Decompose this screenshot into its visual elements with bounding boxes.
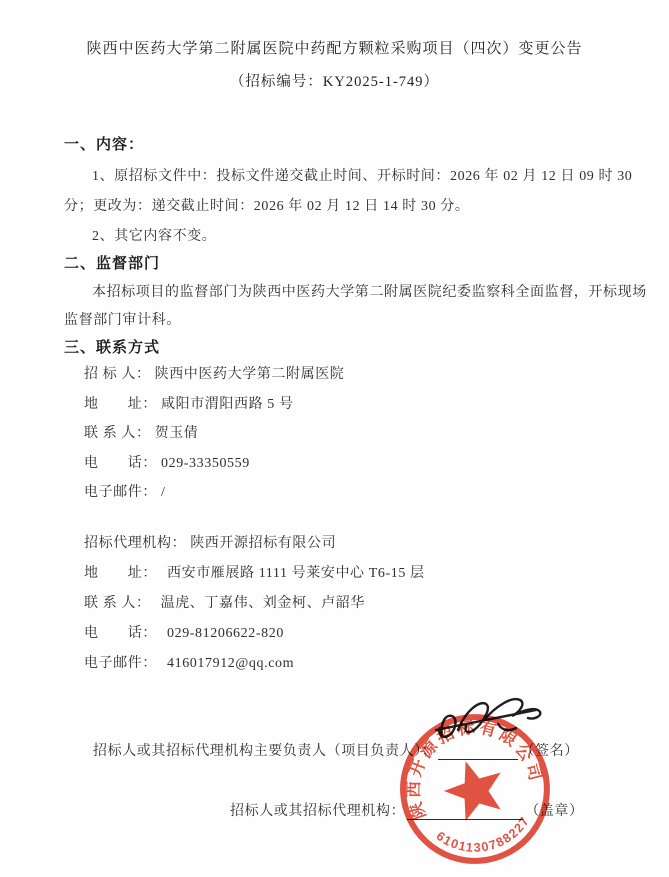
section-content-heading: 一、内容： bbox=[64, 133, 144, 154]
responsible-signature-suffix: （签名） bbox=[520, 744, 578, 759]
company-seal-icon: 陕西开源招标有限公司 6101130788227 bbox=[384, 698, 567, 877]
tenderer-name-value: 陕西中医药大学第二附属医院 bbox=[155, 363, 345, 383]
content-line-3: 2、其它内容不变。 bbox=[92, 225, 216, 245]
agency-name-value: 陕西开源招标有限公司 bbox=[190, 532, 336, 552]
agency-email-label: 电子邮件： bbox=[84, 652, 157, 672]
agency-contact-value: 温虎、丁嘉伟、刘金柯、卢韶华 bbox=[161, 592, 365, 612]
org-stamp-suffix: （盖章） bbox=[525, 804, 583, 819]
agency-email-row: 电子邮件：416017912@qq.com bbox=[84, 652, 294, 672]
tenderer-address-label: 地 址： bbox=[84, 393, 157, 413]
tenderer-email-value: / bbox=[161, 485, 166, 501]
company-seal: 陕西开源招标有限公司 6101130788227 bbox=[384, 698, 567, 877]
signature-blank-line bbox=[438, 745, 518, 760]
supervision-line-1: 本招标项目的监督部门为陕西中医药大学第二附属医院纪委监察科全面监督，开标现场 bbox=[92, 281, 647, 301]
tenderer-contact-label: 联 系 人： bbox=[84, 422, 151, 442]
announcement-document: 陕西中医药大学第二附属医院中药配方颗粒采购项目（四次）变更公告 （招标编号：KY… bbox=[0, 0, 669, 877]
tenderer-contact-row: 联 系 人：贺玉倩 bbox=[84, 422, 198, 442]
tenderer-phone-value: 029-33350559 bbox=[161, 456, 250, 472]
tenderer-name-label: 招 标 人： bbox=[84, 363, 151, 383]
agency-contact-label: 联 系 人： bbox=[84, 592, 151, 612]
agency-address-value: 西安市雁展路 1111 号莱安中心 T6-15 层 bbox=[167, 562, 425, 582]
agency-contact-row: 联 系 人：温虎、丁嘉伟、刘金柯、卢韶华 bbox=[84, 592, 365, 612]
agency-name-label: 招标代理机构： bbox=[84, 532, 186, 552]
tenderer-email-row: 电子邮件：/ bbox=[84, 481, 166, 501]
section-contact-heading: 三、联系方式 bbox=[64, 336, 160, 357]
agency-address-row: 地 址：西安市雁展路 1111 号莱安中心 T6-15 层 bbox=[84, 562, 425, 582]
section-supervision-heading: 二、监督部门 bbox=[64, 252, 160, 273]
agency-address-label: 地 址： bbox=[84, 562, 157, 582]
agency-phone-label: 电 话： bbox=[84, 622, 157, 642]
agency-phone-value: 029-81206622-820 bbox=[167, 626, 284, 642]
content-line-2: 分；更改为：递交截止时间：2026 年 02 月 12 日 14 时 30 分。 bbox=[64, 195, 470, 215]
tenderer-address-row: 地 址：咸阳市渭阳西路 5 号 bbox=[84, 393, 294, 413]
tender-number-subtitle: （招标编号：KY2025-1-749） bbox=[0, 70, 669, 91]
tenderer-contact-value: 贺玉倩 bbox=[155, 422, 199, 442]
tenderer-phone-label: 电 话： bbox=[84, 452, 157, 472]
tenderer-name-row: 招 标 人：陕西中医药大学第二附属医院 bbox=[84, 363, 344, 383]
tenderer-phone-row: 电 话：029-33350559 bbox=[84, 452, 250, 472]
org-stamp-label: 招标人或其招标代理机构： bbox=[230, 804, 405, 819]
org-stamp-row: 招标人或其招标代理机构：（盖章） bbox=[230, 800, 584, 820]
agency-email-value: 416017912@qq.com bbox=[167, 656, 294, 672]
agency-name-row: 招标代理机构：陕西开源招标有限公司 bbox=[84, 532, 336, 552]
content-line-1: 1、原招标文件中：投标文件递交截止时间、开标时间：2026 年 02 月 12 … bbox=[92, 165, 632, 185]
page-title: 陕西中医药大学第二附属医院中药配方颗粒采购项目（四次）变更公告 bbox=[0, 37, 669, 58]
tenderer-email-label: 电子邮件： bbox=[84, 481, 157, 501]
responsible-signature-label: 招标人或其招标代理机构主要负责人（项目负责人）： bbox=[93, 744, 436, 759]
tenderer-address-value: 咸阳市渭阳西路 5 号 bbox=[161, 393, 294, 413]
seal-ring bbox=[394, 708, 556, 870]
agency-phone-row: 电 话：029-81206622-820 bbox=[84, 622, 284, 642]
stamp-blank-line bbox=[407, 805, 523, 820]
responsible-signature-row: 招标人或其招标代理机构主要负责人（项目负责人）：（签名） bbox=[93, 740, 579, 760]
supervision-line-2: 监督部门审计科。 bbox=[64, 309, 181, 329]
